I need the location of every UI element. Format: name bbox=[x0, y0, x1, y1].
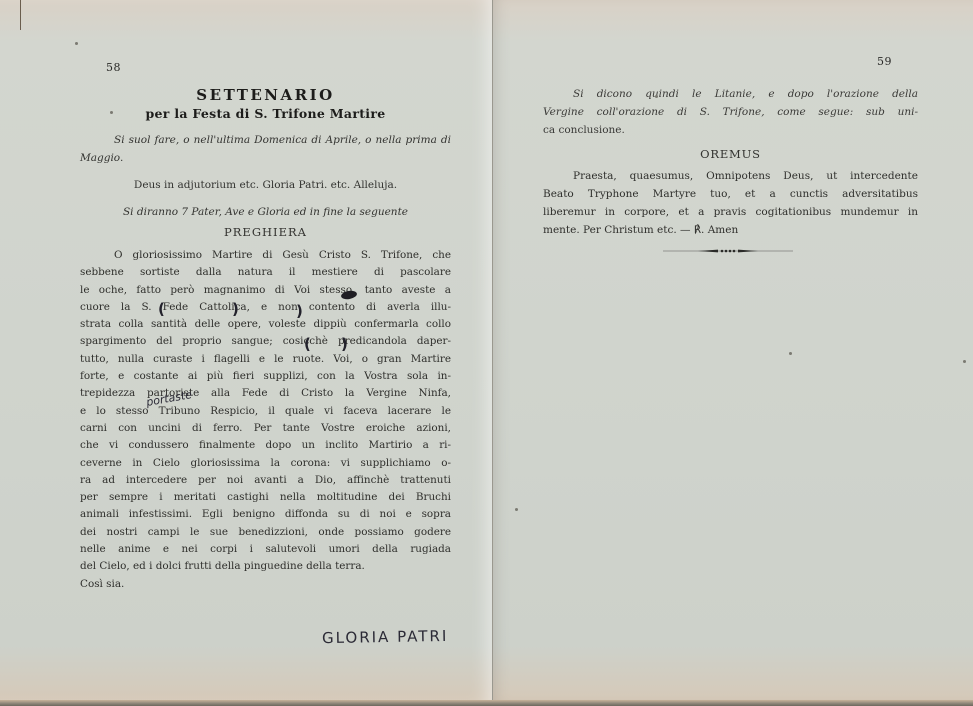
rubric-instruction-2: Si diranno 7 Pater, Ave e Gloria ed in f… bbox=[80, 203, 451, 221]
rubric-line: ca conclusione. bbox=[543, 121, 918, 139]
prayer-line: tutto, nulla curaste i flagelli e le ruo… bbox=[80, 351, 451, 368]
oremus-line: Praesta, quaesumus, Omnipotens Deus, ut … bbox=[543, 167, 918, 185]
prayer-line: ceverne in Cielo gloriosissima la corona… bbox=[80, 455, 451, 472]
page-subtitle: per la Festa di S. Trifone Martire bbox=[80, 106, 451, 121]
prayer-line: forte, e costante ai più fieri supplizi,… bbox=[80, 368, 451, 385]
rubric-instruction-1: Si suol fare, o nell'ultima Domenica di … bbox=[80, 131, 451, 167]
oremus-line: Beato Tryphone Martyre tuo, et a cunctis… bbox=[543, 185, 918, 203]
prayer-line: del Cielo, ed i dolci frutti della pingu… bbox=[80, 558, 451, 575]
prayer-line: trepidezza partoriste alla Fede di Crist… bbox=[80, 385, 451, 402]
rubric-litanies: Si dicono quindi le Litanie, e dopo l'or… bbox=[543, 85, 918, 139]
page-number-right: 59 bbox=[877, 55, 892, 68]
oremus-prayer-text: Praesta, quaesumus, Omnipotens Deus, ut … bbox=[543, 167, 918, 239]
rubric-line: Vergine coll'orazione di S. Trifone, com… bbox=[543, 103, 918, 121]
left-text-column: SETTENARIO per la Festa di S. Trifone Ma… bbox=[80, 86, 451, 593]
paper-spot bbox=[515, 508, 518, 511]
section-heading-oremus: OREMUS bbox=[543, 147, 918, 161]
oremus-line: mente. Per Christum etc. — ℟. Amen bbox=[543, 221, 918, 239]
prayer-line: spargimento del proprio sangue; cosicchè… bbox=[80, 333, 451, 350]
page-title: SETTENARIO bbox=[80, 86, 451, 104]
prayer-line: carni con uncini di ferro. Per tante Vos… bbox=[80, 420, 451, 437]
ornamental-rule-icon bbox=[663, 248, 793, 254]
right-page: 59 Si dicono quindi le Litanie, e dopo l… bbox=[493, 0, 973, 702]
handwritten-bracket-open: ( bbox=[158, 300, 165, 318]
paper-spot bbox=[655, 95, 658, 98]
prayer-line: e lo stesso Tribuno Respicio, il quale v… bbox=[80, 403, 451, 420]
rubric-line: Si dicono quindi le Litanie, e dopo l'or… bbox=[543, 85, 918, 103]
handwritten-gloria-patri: GLORIA PATRI bbox=[322, 627, 449, 647]
prayer-line: che vi condussero finalmente dopo un inc… bbox=[80, 437, 451, 454]
prayer-line: strata colla santità delle opere, volest… bbox=[80, 316, 451, 333]
prayer-line: sebbene sortiste dalla natura il mestier… bbox=[80, 264, 451, 281]
prayer-closing: Così sia. bbox=[80, 576, 451, 593]
page-number-left: 58 bbox=[106, 61, 121, 74]
handwritten-bracket-open: ( bbox=[304, 335, 311, 353]
handwritten-bracket-close: ) bbox=[232, 300, 239, 318]
prayer-line: le oche, fatto però magnanimo di Voi ste… bbox=[80, 282, 451, 299]
page-edge-crease bbox=[20, 0, 21, 30]
prayer-line: cuore la S. Fede Cattolica, e non conten… bbox=[80, 299, 451, 316]
book-spread: 58 SETTENARIO per la Festa di S. Trifone… bbox=[0, 0, 973, 706]
paper-spot bbox=[963, 360, 966, 363]
prayer-text: O gloriosissimo Martire di Gesù Cristo S… bbox=[80, 247, 451, 593]
right-text-column: Si dicono quindi le Litanie, e dopo l'or… bbox=[543, 85, 918, 239]
oremus-line: liberemur in corpore, et a pravis cogita… bbox=[543, 203, 918, 221]
invocation-line: Deus in adjutorium etc. Gloria Patri. et… bbox=[80, 176, 451, 194]
prayer-line: ra ad intercedere per noi avanti a Dio, … bbox=[80, 472, 451, 489]
page-bottom-edge bbox=[0, 700, 973, 706]
prayer-line: nelle anime e nei corpi i salutevoli umo… bbox=[80, 541, 451, 558]
section-heading-preghiera: PREGHIERA bbox=[80, 225, 451, 239]
prayer-line: dei nostri campi le sue benedizzioni, on… bbox=[80, 524, 451, 541]
prayer-line: animali infestissimi. Egli benigno diffo… bbox=[80, 506, 451, 523]
prayer-line: O gloriosissimo Martire di Gesù Cristo S… bbox=[80, 247, 451, 264]
paper-spot bbox=[75, 42, 78, 45]
handwritten-bracket-close: ) bbox=[341, 335, 348, 353]
handwritten-bracket-close: ) bbox=[296, 302, 303, 320]
prayer-line: per sempre i meritati castighi nella mol… bbox=[80, 489, 451, 506]
left-page: 58 SETTENARIO per la Festa di S. Trifone… bbox=[0, 0, 493, 702]
paper-spot bbox=[789, 352, 792, 355]
paper-spot bbox=[110, 111, 113, 114]
